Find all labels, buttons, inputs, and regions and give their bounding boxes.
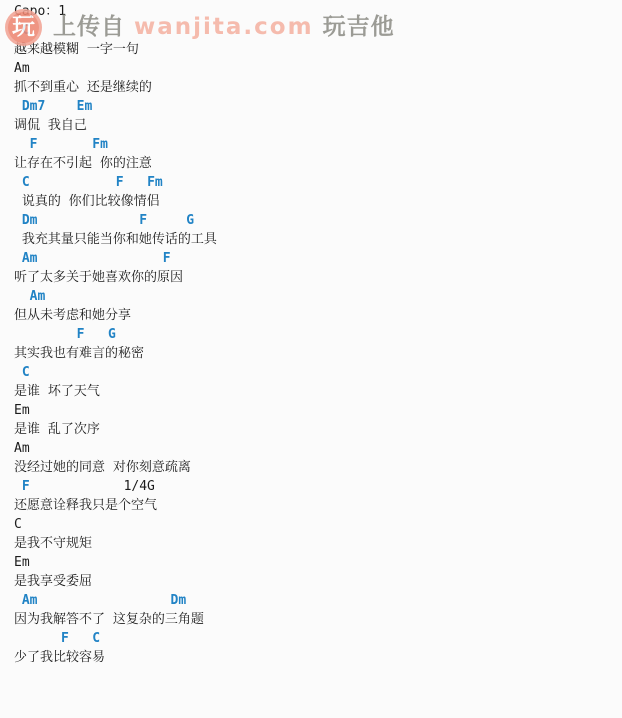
lyric-line: 是我不守规矩 bbox=[14, 534, 622, 553]
lyric-line: 说真的 你们比较像情侣 bbox=[14, 192, 622, 211]
text-segment: 是我不守规矩 bbox=[14, 536, 92, 551]
chord-label: Am bbox=[22, 251, 38, 266]
chord-line: C F Fm bbox=[14, 173, 622, 192]
text-segment bbox=[37, 137, 92, 152]
text-segment bbox=[14, 289, 30, 304]
lyric-line: 抓不到重心 还是继续的 bbox=[14, 78, 622, 97]
text-segment bbox=[14, 99, 22, 114]
text-segment: 是谁 乱了次序 bbox=[14, 422, 100, 437]
capo-line: Capo：1 bbox=[14, 2, 622, 21]
text-segment: 但从未考虑和她分享 bbox=[14, 308, 131, 323]
text-segment bbox=[14, 137, 30, 152]
text-segment: 抓不到重心 还是继续的 bbox=[14, 80, 152, 95]
text-segment bbox=[14, 327, 77, 342]
chord-line: F Fm bbox=[14, 135, 622, 154]
text-segment bbox=[84, 327, 107, 342]
chord-label: G bbox=[108, 327, 116, 342]
text-segment: 因为我解答不了 这复杂的三角题 bbox=[14, 612, 204, 627]
text-segment: Em bbox=[14, 403, 30, 418]
text-segment bbox=[14, 631, 61, 646]
text-segment: 1/4G bbox=[124, 479, 155, 494]
text-segment bbox=[147, 213, 186, 228]
lyric-line: 因为我解答不了 这复杂的三角题 bbox=[14, 610, 622, 629]
chord-line: C bbox=[14, 21, 622, 40]
chord-label: Dm bbox=[22, 213, 38, 228]
chord-label: F bbox=[116, 175, 124, 190]
text-segment: 还愿意诠释我只是个空气 bbox=[14, 498, 157, 513]
chord-line: C bbox=[14, 363, 622, 382]
text-segment bbox=[37, 593, 170, 608]
lyric-line: 但从未考虑和她分享 bbox=[14, 306, 622, 325]
text-segment bbox=[14, 175, 22, 190]
lyric-line: 是我享受委屈 bbox=[14, 572, 622, 591]
text-segment: 听了太多关于她喜欢你的原因 bbox=[14, 270, 183, 285]
text-segment: 没经过她的同意 对你刻意疏离 bbox=[14, 460, 191, 475]
chord-line: F G bbox=[14, 325, 622, 344]
chord-line: C bbox=[14, 515, 622, 534]
chord-label: C bbox=[22, 23, 30, 38]
text-segment bbox=[124, 175, 147, 190]
chord-label: F bbox=[22, 479, 30, 494]
chord-line: Am Dm bbox=[14, 591, 622, 610]
text-segment: C bbox=[14, 517, 22, 532]
text-segment bbox=[14, 365, 22, 380]
lyric-line: 其实我也有难言的秘密 bbox=[14, 344, 622, 363]
chord-line: Em bbox=[14, 553, 622, 572]
lyric-line: 我充其量只能当你和她传话的工具 bbox=[14, 230, 622, 249]
chord-line: Am bbox=[14, 287, 622, 306]
text-segment: 其实我也有难言的秘密 bbox=[14, 346, 144, 361]
chord-label: Fm bbox=[147, 175, 163, 190]
lyric-line: 是谁 乱了次序 bbox=[14, 420, 622, 439]
text-segment: 让存在不引起 你的注意 bbox=[14, 156, 152, 171]
lyric-line: 少了我比较容易 bbox=[14, 648, 622, 667]
text-segment: Em bbox=[14, 555, 30, 570]
chord-line: F C bbox=[14, 629, 622, 648]
chord-label: C bbox=[92, 631, 100, 646]
chord-line: Am bbox=[14, 439, 622, 458]
text-segment: 越来越模糊 一字一句 bbox=[14, 42, 139, 57]
text-segment bbox=[14, 23, 22, 38]
song-lines: Capo：1 C越来越模糊 一字一句Am抓不到重心 还是继续的 Dm7 Em调侃… bbox=[14, 2, 622, 667]
lyric-line: 是谁 坏了天气 bbox=[14, 382, 622, 401]
text-segment bbox=[14, 213, 22, 228]
chord-label: C bbox=[22, 175, 30, 190]
chord-label: Dm bbox=[171, 593, 187, 608]
text-segment bbox=[14, 251, 22, 266]
chord-line: Dm F G bbox=[14, 211, 622, 230]
chord-line: F 1/4G bbox=[14, 477, 622, 496]
text-segment bbox=[45, 99, 76, 114]
text-segment bbox=[69, 631, 92, 646]
lyric-line: 越来越模糊 一字一句 bbox=[14, 40, 622, 59]
chord-label: C bbox=[22, 365, 30, 380]
chord-line: Dm7 Em bbox=[14, 97, 622, 116]
chord-label: F bbox=[61, 631, 69, 646]
lyric-line: 听了太多关于她喜欢你的原因 bbox=[14, 268, 622, 287]
text-segment bbox=[30, 479, 124, 494]
chord-label: F bbox=[139, 213, 147, 228]
chord-label: Am bbox=[30, 289, 46, 304]
text-segment bbox=[14, 479, 22, 494]
text-segment: 是我享受委屈 bbox=[14, 574, 92, 589]
text-segment bbox=[37, 213, 139, 228]
lyric-line: 没经过她的同意 对你刻意疏离 bbox=[14, 458, 622, 477]
chord-sheet: Capo：1 C越来越模糊 一字一句Am抓不到重心 还是继续的 Dm7 Em调侃… bbox=[0, 0, 622, 718]
text-segment: 调侃 我自己 bbox=[14, 118, 87, 133]
chord-label: Em bbox=[77, 99, 93, 114]
chord-line: Em bbox=[14, 401, 622, 420]
text-segment: Capo：1 bbox=[14, 4, 66, 19]
chord-label: G bbox=[186, 213, 194, 228]
chord-label: Am bbox=[22, 593, 38, 608]
lyric-line: 让存在不引起 你的注意 bbox=[14, 154, 622, 173]
chord-line: Am bbox=[14, 59, 622, 78]
text-segment: 说真的 你们比较像情侣 bbox=[14, 194, 160, 209]
text-segment bbox=[14, 593, 22, 608]
text-segment: 少了我比较容易 bbox=[14, 650, 105, 665]
lyric-line: 调侃 我自己 bbox=[14, 116, 622, 135]
text-segment: 我充其量只能当你和她传话的工具 bbox=[14, 232, 217, 247]
text-segment: Am bbox=[14, 61, 30, 76]
chord-line: Am F bbox=[14, 249, 622, 268]
text-segment: 是谁 坏了天气 bbox=[14, 384, 100, 399]
text-segment bbox=[30, 175, 116, 190]
chord-label: Fm bbox=[92, 137, 108, 152]
chord-label: Dm7 bbox=[22, 99, 45, 114]
text-segment bbox=[37, 251, 162, 266]
chord-label: F bbox=[163, 251, 171, 266]
text-segment: Am bbox=[14, 441, 30, 456]
lyric-line: 还愿意诠释我只是个空气 bbox=[14, 496, 622, 515]
